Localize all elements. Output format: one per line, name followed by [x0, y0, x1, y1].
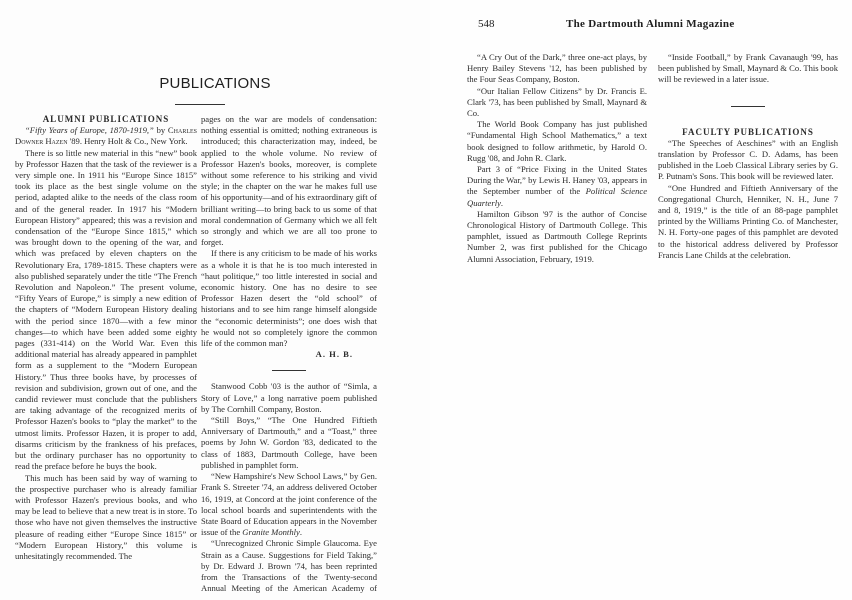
notice-haney: Part 3 of “Price Fixing in the United St… — [467, 164, 647, 209]
notice-rugg: The World Book Company has just publishe… — [467, 119, 647, 164]
notice-streeter: “New Hampshire's New School Laws,” by Ge… — [201, 471, 377, 538]
section-heading-alumni: ALUMNI PUBLICATIONS — [15, 114, 197, 125]
title-divider — [175, 104, 225, 105]
review-signature: A. H. B. — [201, 349, 377, 360]
notice-cobb: Stanwood Cobb '03 is the author of “Siml… — [201, 381, 377, 415]
right-column-1: “A Cry Out of the Dark,” three one-act p… — [467, 52, 647, 265]
review-publisher: Henry Holt & Co., New York. — [82, 136, 188, 146]
page-number: 548 — [478, 18, 495, 30]
notice-brown: “Unrecognized Chronic Simple Glaucoma. E… — [201, 538, 377, 594]
magazine-title: The Dartmouth Alumni Magazine — [566, 18, 735, 30]
right-page: 548 The Dartmouth Alumni Magazine “A Cry… — [430, 0, 852, 600]
notice-gordon: “Still Boys,” “The One Hundred Fiftieth … — [201, 415, 377, 471]
review-paragraph: If there is any criticism to be made of … — [201, 248, 377, 349]
review-citation: “Fifty Years of Europe, 1870-1919,” by C… — [15, 125, 197, 147]
review-continuation: pages on the war are models of condensat… — [201, 114, 377, 248]
section-heading-faculty: FACULTY PUBLICATIONS — [658, 127, 838, 138]
notice-cavanaugh: “Inside Football,” by Frank Cavanaugh '9… — [658, 52, 838, 86]
review-paragraph: There is so little new material in this … — [15, 148, 197, 473]
divider — [272, 370, 306, 371]
review-paragraph-cont: pages on the war are models of condensat… — [201, 114, 377, 248]
left-column-2: pages on the war are models of condensat… — [201, 114, 377, 594]
review-paragraph: This much has been said by way of warnin… — [15, 473, 197, 563]
notice-henniker: “One Hundred and Fiftieth Anniversary of… — [658, 183, 838, 261]
right-column-2: “Inside Football,” by Frank Cavanaugh '9… — [658, 52, 838, 261]
page-title: PUBLICATIONS — [0, 75, 430, 92]
notice-clark: “Our Italian Fellow Citizens” by Dr. Fra… — [467, 86, 647, 120]
left-page: PUBLICATIONS ALUMNI PUBLICATIONS “Fifty … — [0, 0, 430, 600]
notice-gibson: Hamilton Gibson '97 is the author of Con… — [467, 209, 647, 265]
review-book-title: “Fifty Years of Europe, 1870-1919,” — [25, 125, 154, 135]
divider — [731, 106, 765, 107]
left-column-1: ALUMNI PUBLICATIONS “Fifty Years of Euro… — [15, 114, 197, 594]
notice-aeschines: “The Speeches of Aeschines” with an Engl… — [658, 138, 838, 183]
notice-stevens: “A Cry Out of the Dark,” three one-act p… — [467, 52, 647, 86]
